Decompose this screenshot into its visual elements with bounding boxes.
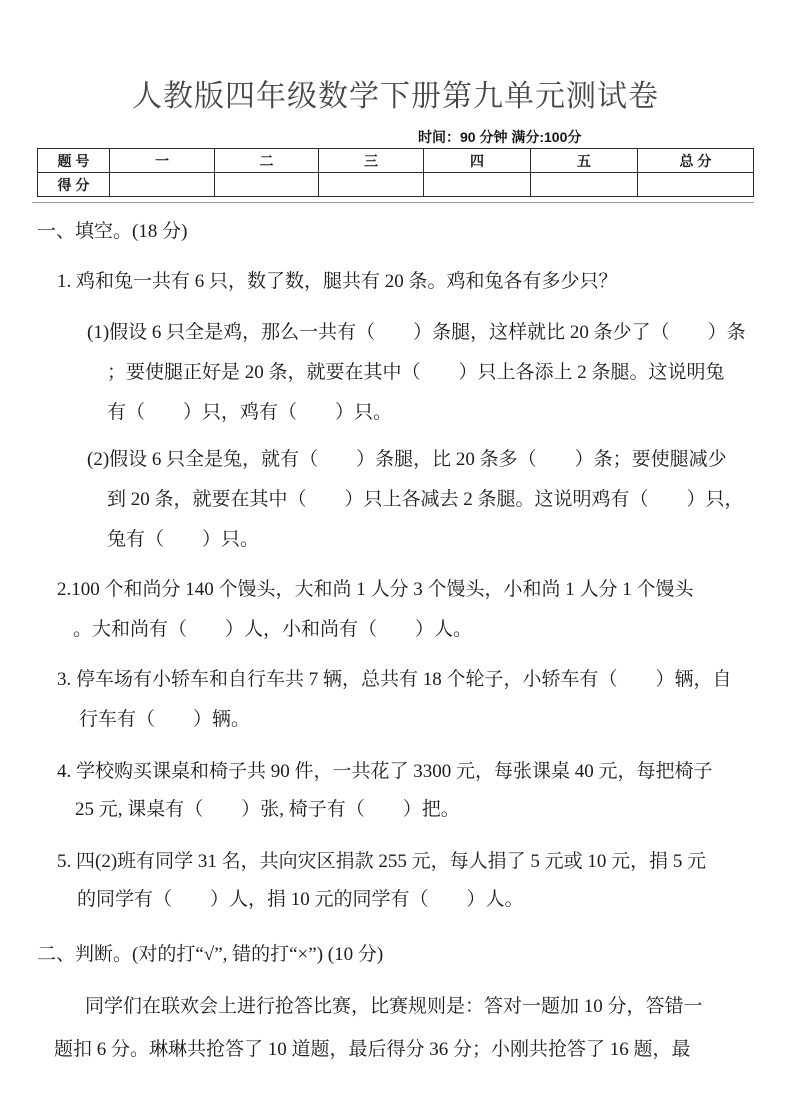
header-cell-section-5: 五 — [531, 149, 638, 173]
question-3-line-2: 行车有（ ）辆。 — [37, 707, 754, 733]
score-cell — [215, 173, 319, 197]
header-cell-total: 总 分 — [638, 149, 754, 173]
header-cell-section-4: 四 — [424, 149, 531, 173]
page-title: 人教版四年级数学下册第九单元测试卷 — [37, 0, 754, 116]
question-5-line-1: 5. 四(2)班有同学 31 名，共向灾区捐款 255 元，每人捐了 5 元或 … — [37, 849, 754, 875]
question-3-line-1: 3. 停车场有小轿车和自行车共 7 辆，总共有 18 个轮子，小轿车有（ ）辆，… — [37, 667, 754, 693]
question-2-line-1: 2.100 个和尚分 140 个馒头，大和尚 1 人分 3 个馒头，小和尚 1 … — [37, 577, 754, 603]
score-table-score-row: 得 分 — [38, 173, 754, 197]
header-cell-section-3: 三 — [319, 149, 424, 173]
score-cell — [110, 173, 215, 197]
header-cell-question-number: 题 号 — [38, 149, 110, 173]
question-1-sub-1-line-2: ；要使腿正好是 20 条，就要在其中（ ）只上各添上 2 条腿。这说明兔 — [37, 360, 754, 386]
score-cell — [424, 173, 531, 197]
score-row-label: 得 分 — [38, 173, 110, 197]
score-cell — [531, 173, 638, 197]
question-2-line-2: 。大和尚有（ ）人，小和尚有（ ）人。 — [37, 617, 754, 643]
paper-body: 一、填空。(18 分) 1. 鸡和兔一共有 6 只，数了数，腿共有 20 条。鸡… — [37, 219, 754, 1063]
question-1-sub-2-line-2: 到 20 条，就要在其中（ ）只上各减去 2 条腿。这说明鸡有（ ）只， — [37, 487, 754, 513]
question-1-sub-2-line-3: 兔有（ ）只。 — [37, 527, 754, 553]
score-cell — [319, 173, 424, 197]
header-cell-section-1: 一 — [110, 149, 215, 173]
question-1: 1. 鸡和兔一共有 6 只，数了数，腿共有 20 条。鸡和兔各有多少只？ — [37, 269, 754, 295]
question-4-line-1: 4. 学校购买课桌和椅子共 90 件，一共花了 3300 元，每张课桌 40 元… — [37, 759, 754, 785]
section-1-heading: 一、填空。(18 分) — [37, 219, 754, 245]
header-cell-section-2: 二 — [215, 149, 319, 173]
section-2-heading: 二、判断。(对的打“√”, 错的打“×”) (10 分) — [37, 942, 754, 968]
question-4-line-2: 25 元, 课桌有（ ）张, 椅子有（ ）把。 — [37, 797, 754, 823]
score-cell — [638, 173, 754, 197]
exam-meta: 时间：90 分钟 满分:100分 — [37, 128, 754, 146]
question-1-sub-1-line-3: 有（ ）只，鸡有（ ）只。 — [37, 400, 754, 426]
question-1-sub-2-line-1: (2)假设 6 只全是兔，就有（ ）条腿，比 20 条多（ ）条；要使腿减少 — [37, 447, 754, 473]
question-1-sub-1-line-1: (1)假设 6 只全是鸡，那么一共有（ ）条腿，这样就比 20 条少了（ ）条 — [37, 320, 754, 346]
table-bottom-shadow-line — [32, 202, 754, 203]
score-table-header-row: 题 号 一 二 三 四 五 总 分 — [38, 149, 754, 173]
question-5-line-2: 的同学有（ ）人，捐 10 元的同学有（ ）人。 — [37, 887, 754, 913]
section-2-intro-line-2: 题扣 6 分。琳琳共抢答了 10 道题，最后得分 36 分；小刚共抢答了 16 … — [37, 1037, 754, 1063]
score-table: 题 号 一 二 三 四 五 总 分 得 分 — [37, 148, 754, 197]
test-paper-page: 人教版四年级数学下册第九单元测试卷 时间：90 分钟 满分:100分 题 号 一… — [37, 0, 754, 1063]
section-2-intro-line-1: 同学们在联欢会上进行抢答比赛，比赛规则是：答对一题加 10 分，答错一 — [37, 994, 754, 1020]
